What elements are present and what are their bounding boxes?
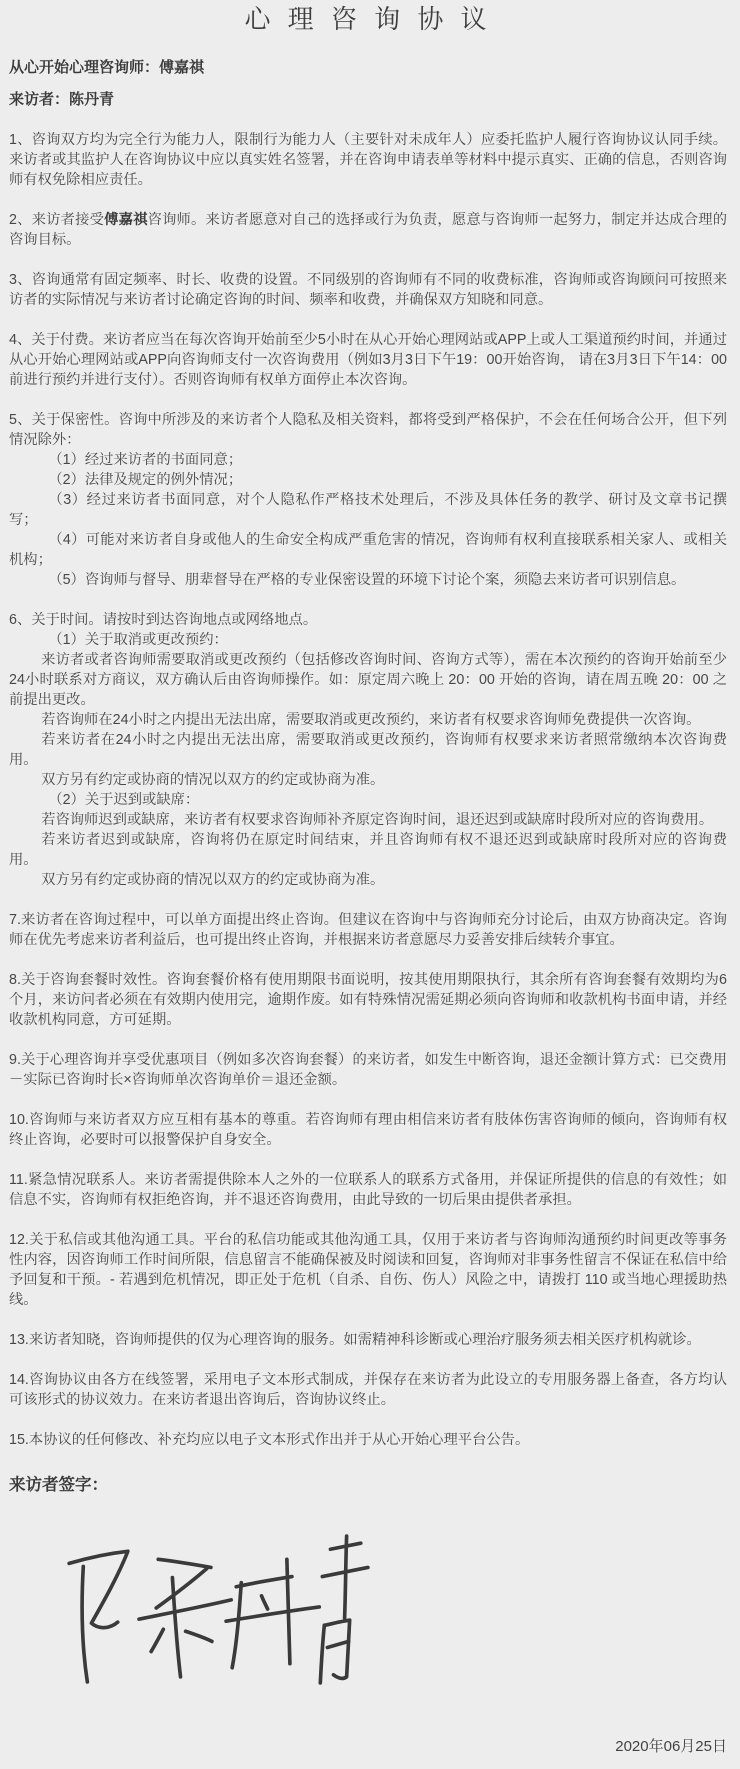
signature-date: 2020年06月25日	[9, 1736, 727, 1757]
agreement-paragraph: 7.来访者在咨询过程中，可以单方面提出终止咨询。但建议在咨询中与咨询师充分讨论后…	[9, 910, 727, 950]
agreement-paragraph: 3、咨询通常有固定频率、时长、收费的设置。不同级别的咨询师有不同的收费标准，咨询…	[9, 270, 727, 310]
agreement-paragraph: 若来访者迟到或缺席，咨询将仍在原定时间结束，并且咨询师有权不退还迟到或缺席时段所…	[9, 830, 727, 870]
agreement-paragraph: （5）咨询师与督导、朋辈督导在严格的专业保密设置的环境下讨论个案，须隐去来访者可…	[9, 570, 727, 590]
agreement-paragraph: 6、关于时间。请按时到达咨询地点或网络地点。	[9, 610, 727, 630]
agreement-paragraph: 若咨询师迟到或缺席，来访者有权要求咨询师补齐原定咨询时间，退还迟到或缺席时段所对…	[9, 810, 727, 830]
agreement-paragraph: 8.关于咨询套餐时效性。咨询套餐价格有使用期限书面说明，按其使用期限执行，其余所…	[9, 970, 727, 1030]
agreement-paragraph: 若来访者在24小时之内提出无法出席，需要取消或更改预约，咨询师有权要求来访者照常…	[9, 730, 727, 770]
visitor-name: 陈丹青	[69, 91, 114, 108]
agreement-paragraph: 11.紧急情况联系人。来访者需提供除本人之外的一位联系人的联系方式备用，并保证所…	[9, 1170, 727, 1210]
agreement-paragraph: 13.来访者知晓，咨询师提供的仅为心理咨询的服务。如需精神科诊断或心理治疗服务须…	[9, 1330, 727, 1350]
agreement-paragraph: 1、咨询双方均为完全行为能力人，限制行为能力人（主要针对未成年人）应委托监护人履…	[9, 130, 727, 190]
agreement-body: 1、咨询双方均为完全行为能力人，限制行为能力人（主要针对未成年人）应委托监护人履…	[9, 130, 727, 1450]
agreement-paragraph: 双方另有约定或协商的情况以双方的约定或协商为准。	[9, 770, 727, 790]
visitor-signature-drawing	[61, 1530, 375, 1688]
agreement-paragraph: （2）关于迟到或缺席：	[9, 790, 727, 810]
agreement-paragraph: （2）法律及规定的例外情况；	[9, 470, 727, 490]
agreement-paragraph: 若咨询师在24小时之内提出无法出席，需要取消或更改预约，来访者有权要求咨询师免费…	[9, 710, 727, 730]
agreement-paragraph: （1）关于取消或更改预约：	[9, 630, 727, 650]
page-title: 心 理 咨 询 协 议	[9, 2, 727, 36]
agreement-page: 心 理 咨 询 协 议 从心开始心理咨询师：傅嘉祺 来访者：陈丹青 1、咨询双方…	[0, 0, 740, 1769]
counselor-line: 从心开始心理咨询师：傅嘉祺	[9, 57, 727, 78]
agreement-paragraph: （1）经过来访者的书面同意；	[9, 450, 727, 470]
agreement-paragraph: 9.关于心理咨询并享受优惠项目（例如多次咨询套餐）的来访者，如发生中断咨询，退还…	[9, 1050, 727, 1090]
agreement-paragraph: 4、关于付费。来访者应当在每次咨询开始前至少5小时在从心开始心理网站或APP上或…	[9, 330, 727, 390]
agreement-paragraph: 15.本协议的任何修改、补充均应以电子文本形式作出并于从心开始心理平台公告。	[9, 1430, 727, 1450]
agreement-paragraph: （4）可能对来访者自身或他人的生命安全构成严重危害的情况，咨询师有权利直接联系相…	[9, 530, 727, 570]
agreement-paragraph: 10.咨询师与来访者双方应互相有基本的尊重。若咨询师有理由相信来访者有肢体伤害咨…	[9, 1110, 727, 1150]
visitor-label: 来访者：	[9, 91, 69, 108]
visitor-signature-label: 来访者签字：	[9, 1474, 727, 1496]
agreement-paragraph: （3）经过来访者书面同意，对个人隐私作严格技术处理后，不涉及具体任务的教学、研讨…	[9, 490, 727, 530]
agreement-paragraph: 12.关于私信或其他沟通工具。平台的私信功能或其他沟通工具，仅用于来访者与咨询师…	[9, 1230, 727, 1310]
counselor-label: 从心开始心理咨询师：	[9, 59, 159, 76]
agreement-paragraph: 14.咨询协议由各方在线签署，采用电子文本形式制成，并保存在来访者为此设立的专用…	[9, 1370, 727, 1410]
agreement-paragraph: 来访者或者咨询师需要取消或更改预约（包括修改咨询时间、咨询方式等），需在本次预约…	[9, 650, 727, 710]
agreement-paragraph: 2、来访者接受傅嘉祺咨询师。来访者愿意对自己的选择或行为负责，愿意与咨询师一起努…	[9, 210, 727, 250]
agreement-paragraph: 双方另有约定或协商的情况以双方的约定或协商为准。	[9, 870, 727, 890]
agreement-paragraph: 5、关于保密性。咨询中所涉及的来访者个人隐私及相关资料，都将受到严格保护，不会在…	[9, 410, 727, 450]
counselor-name: 傅嘉祺	[159, 59, 204, 76]
visitor-line: 来访者：陈丹青	[9, 89, 727, 110]
